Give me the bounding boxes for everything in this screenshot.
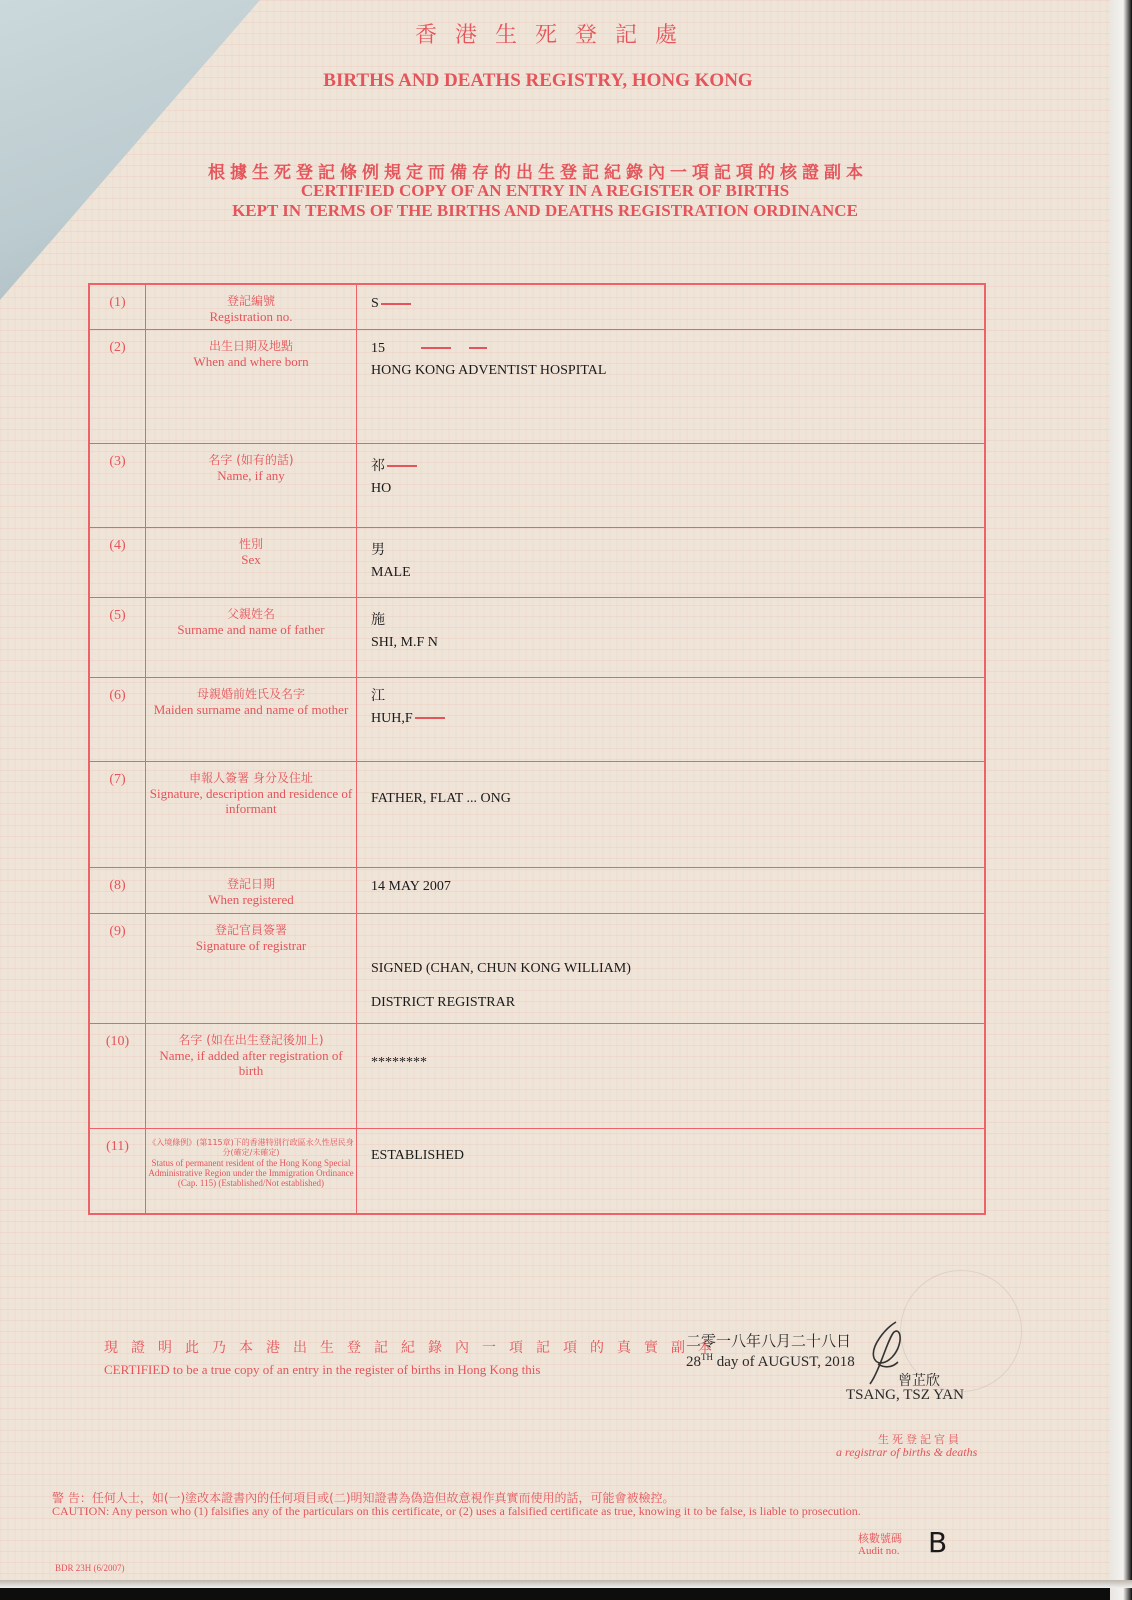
registration-date-value: 14 MAY 2007 [357,867,986,913]
row-label: 名字 (如有的話) Name, if any [146,443,357,527]
value-line: 施 [371,610,984,632]
row-label-cn: 名字 (如在出生登記後加上) [146,1033,356,1048]
date-day: 28 [686,1354,701,1370]
table-row: (5) 父親姓名 Surname and name of father 施 SH… [89,597,985,677]
redaction-mark [421,347,451,349]
row-label-en: Signature of registrar [146,938,356,953]
table-row: (6) 母親婚前姓氏及名字 Maiden surname and name of… [89,677,985,761]
row-label-cn: 父親姓名 [146,607,356,622]
row-label-en: Surname and name of father [146,622,356,637]
row-label: 性別 Sex [146,527,357,597]
birth-date-place-value: 15 HONG KONG ADVENTIST HOSPITAL [357,329,986,443]
value-line: FATHER, FLAT ... ONG [371,788,984,810]
issue-date-en: 28TH day of AUGUST, 2018 [686,1352,855,1371]
row-label-cn: 《入境條例》(第115章)下的香港特別行政區永久性居民身分(確定/未確定) [146,1138,356,1158]
redaction-mark [387,465,417,467]
value-line: S [371,296,379,311]
mother-name-value: 江 HUH,F [357,677,986,761]
table-row: (1) 登記編號 Registration no. S [89,284,985,329]
table-row: (10) 名字 (如在出生登記後加上) Name, if added after… [89,1023,985,1128]
row-label: 申報人簽署 身分及住址 Signature, description and r… [146,761,357,867]
issue-date-cn: 二零一八年八月二十八日 [686,1330,851,1351]
row-number: (1) [89,284,146,329]
value-line: ESTABLISHED [371,1145,984,1167]
value-line: SIGNED (CHAN, CHUN KONG WILLIAM) [371,952,984,986]
table-row: (11) 《入境條例》(第115章)下的香港特別行政區永久性居民身分(確定/未確… [89,1128,985,1214]
row-label-cn: 登記日期 [146,877,356,892]
audit-number: B [928,1526,953,1559]
row-label-cn: 名字 (如有的話) [146,453,356,468]
row-label: 出生日期及地點 When and where born [146,329,357,443]
row-label-en: Signature, description and residence of … [146,786,356,816]
row-label: 登記官員簽署 Signature of registrar [146,913,357,1023]
value-line: 15 [371,341,385,356]
row-label-en: Status of permanent resident of the Hong… [146,1158,356,1188]
registrar-signature-value: SIGNED (CHAN, CHUN KONG WILLIAM) DISTRIC… [357,913,986,1023]
document-subtitle-en-line1: CERTIFIED COPY OF AN ENTRY IN A REGISTER… [0,181,1090,201]
value-line: 14 MAY 2007 [371,876,984,898]
value-line: HO [371,478,984,500]
value-line: 祁 [371,459,385,474]
registry-title-en: BIRTHS AND DEATHS REGISTRY, HONG KONG [0,70,1076,92]
father-name-value: 施 SHI, M.F N [357,597,986,677]
paper-right-edge [1110,0,1132,1600]
table-row: (2) 出生日期及地點 When and where born 15 HONG … [89,329,985,443]
row-label: 登記編號 Registration no. [146,284,357,329]
row-label-cn: 登記編號 [146,294,356,309]
table-row: (3) 名字 (如有的話) Name, if any 祁 HO [89,443,985,527]
row-label-cn: 母親婚前姓氏及名字 [146,687,356,702]
registrar-role-en: a registrar of births & deaths [836,1445,977,1460]
row-number: (7) [89,761,146,867]
value-line: 男 [371,540,984,562]
row-label-en: Name, if any [146,468,356,483]
table-row: (8) 登記日期 When registered 14 MAY 2007 [89,867,985,913]
registry-title-cn: 香港生死登記處 [0,18,1110,49]
table-row: (9) 登記官員簽署 Signature of registrar SIGNED… [89,913,985,1023]
value-line: ******** [371,1052,984,1074]
row-label: 父親姓名 Surname and name of father [146,597,357,677]
row-label-en: Maiden surname and name of mother [146,702,356,717]
row-label: 母親婚前姓氏及名字 Maiden surname and name of mot… [146,677,357,761]
value-line: HONG KONG ADVENTIST HOSPITAL [371,360,984,382]
name-value: 祁 HO [357,443,986,527]
birth-register-table: (1) 登記編號 Registration no. S (2) 出生日期及地點 … [88,283,986,1215]
row-label: 登記日期 When registered [146,867,357,913]
row-label-en: When and where born [146,354,356,369]
residency-status-value: ESTABLISHED [357,1128,986,1214]
row-number: (8) [89,867,146,913]
audit-label-en: Audit no. [858,1545,902,1557]
document-subtitle-en-line2: KEPT IN TERMS OF THE BIRTHS AND DEATHS R… [0,201,1090,221]
row-label: 名字 (如在出生登記後加上) Name, if added after regi… [146,1023,357,1128]
table-row: (7) 申報人簽署 身分及住址 Signature, description a… [89,761,985,867]
value-line: SHI, M.F N [371,632,984,654]
caution-text-en: CAUTION: Any person who (1) falsifies an… [52,1504,861,1519]
sex-value: 男 MALE [357,527,986,597]
added-name-value: ******** [357,1023,986,1128]
row-number: (9) [89,913,146,1023]
value-line: HUH,F [371,711,413,726]
row-label-en: Sex [146,552,356,567]
value-line: DISTRICT REGISTRAR [371,986,984,1020]
row-label-cn: 性別 [146,537,356,552]
row-label-cn: 出生日期及地點 [146,339,356,354]
row-label-cn: 申報人簽署 身分及住址 [146,771,356,786]
row-number: (2) [89,329,146,443]
redaction-mark [381,303,411,305]
row-number: (5) [89,597,146,677]
row-number: (10) [89,1023,146,1128]
paper-bottom-edge [0,1580,1132,1588]
certification-text-cn: 現證明此乃本港出生登記紀錄內一項記項的真實副本 [104,1337,725,1357]
row-label-en: Name, if added after registration of bir… [146,1048,356,1078]
row-number: (11) [89,1128,146,1214]
table-row: (4) 性別 Sex 男 MALE [89,527,985,597]
value-line: MALE [371,562,984,584]
row-label-en: Registration no. [146,309,356,324]
audit-label: 核數號碼 Audit no. [858,1533,902,1557]
date-suffix: TH [701,1352,713,1362]
document-subtitle-cn: 根據生死登記條例規定而備存的出生登記紀錄內一項記項的核證副本 [0,158,1076,183]
date-rest: day of AUGUST, 2018 [713,1354,855,1370]
signer-name-en: TSANG, TSZ YAN [846,1387,964,1404]
row-label-en: When registered [146,892,356,907]
redaction-mark [415,717,445,719]
row-number: (4) [89,527,146,597]
row-number: (6) [89,677,146,761]
row-label: 《入境條例》(第115章)下的香港特別行政區永久性居民身分(確定/未確定) St… [146,1128,357,1214]
audit-label-cn: 核數號碼 [858,1533,902,1545]
informant-value: FATHER, FLAT ... ONG [357,761,986,867]
registration-number-value: S [357,284,986,329]
row-label-cn: 登記官員簽署 [146,923,356,938]
form-code: BDR 23H (6/2007) [55,1563,125,1573]
row-number: (3) [89,443,146,527]
certification-text-en: CERTIFIED to be a true copy of an entry … [104,1362,540,1378]
value-line: 江 [371,686,984,708]
redaction-mark [469,347,487,349]
